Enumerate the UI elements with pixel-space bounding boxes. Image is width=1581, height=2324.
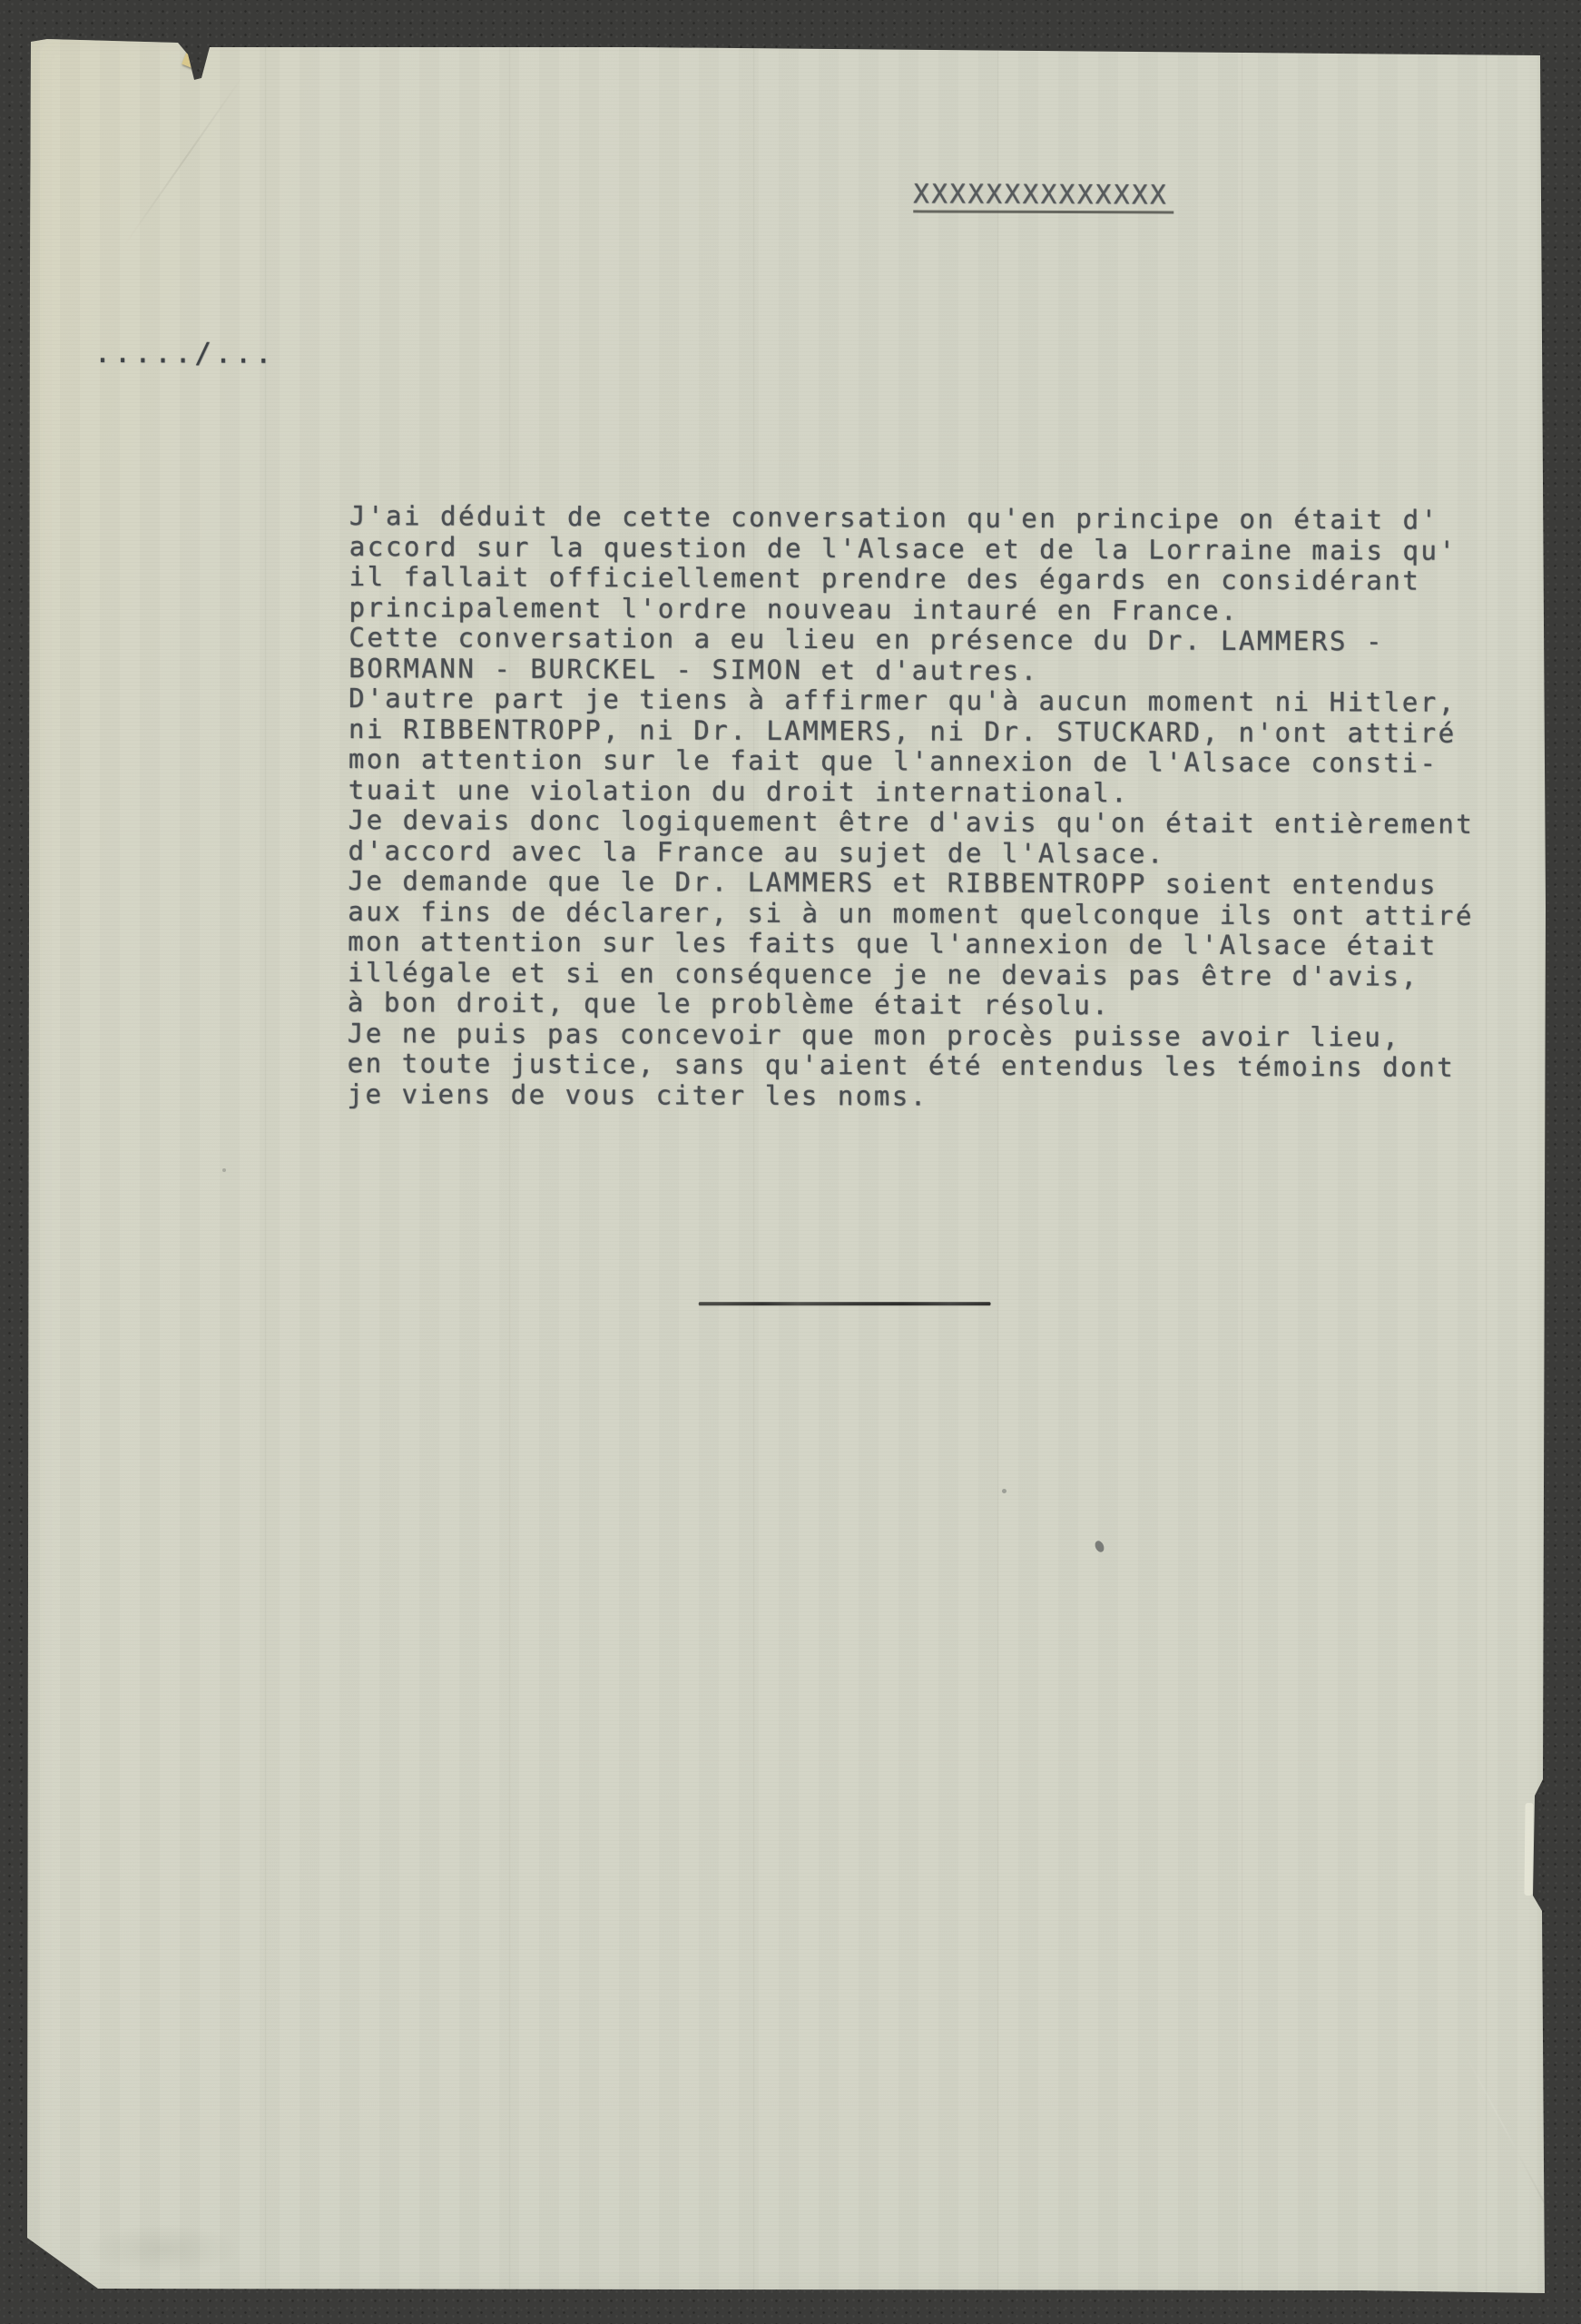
continuation-mark: ...../... bbox=[94, 337, 276, 370]
document-paper: XXXXXXXXXXXXXX ...../... J'ai déduit de … bbox=[0, 0, 1581, 2324]
scanned-photo-background: XXXXXXXXXXXXXX ...../... J'ai déduit de … bbox=[0, 0, 1581, 2324]
closing-rule bbox=[699, 1302, 991, 1305]
typed-content-layer: XXXXXXXXXXXXXX ...../... J'ai déduit de … bbox=[0, 0, 1581, 2324]
ink-speck bbox=[222, 1168, 226, 1172]
typed-strikeout-header: XXXXXXXXXXXXXX bbox=[913, 178, 1173, 213]
ink-speck bbox=[1002, 1489, 1007, 1493]
typed-body-text: J'ai déduit de cette conversation qu'en … bbox=[347, 501, 1520, 1114]
